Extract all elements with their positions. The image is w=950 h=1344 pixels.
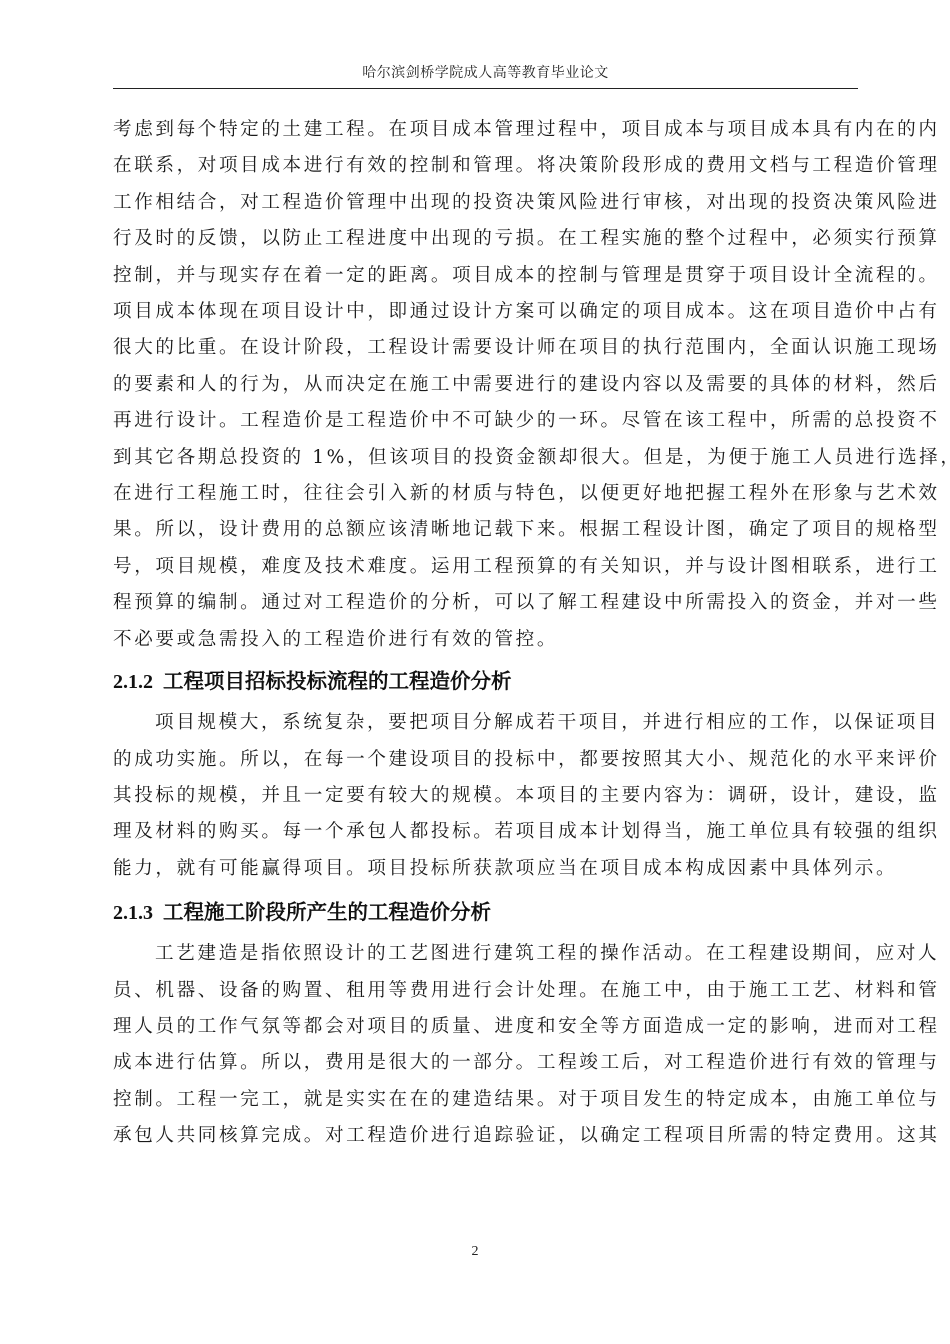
text-line: 员、机器、设备的购置、租用等费用进行会计处理。在施工中，由于施工工艺、材料和管 [113, 973, 858, 1009]
text-line: 工艺建造是指依照设计的工艺图进行建筑工程的操作活动。在工程建设期间，应对人 [113, 936, 858, 972]
text-line: 到其它各期总投资的 1%，但该项目的投资金额却很大。但是，为便于施工人员进行选择… [113, 440, 858, 476]
section-number: 2.1.3 [113, 902, 153, 924]
header-rule [113, 88, 858, 89]
text-line: 行及时的反馈，以防止工程进度中出现的亏损。在工程实施的整个过程中，必须实行预算 [113, 221, 858, 257]
paragraph-2-1-2: 项目规模大，系统复杂，要把项目分解成若干项目，并进行相应的工作，以保证项目 的成… [113, 705, 858, 887]
document-body: 考虑到每个特定的土建工程。在项目成本管理过程中，项目成本与项目成本具有内在的内 … [113, 112, 858, 1155]
text-line: 其投标的规模，并且一定要有较大的规模。本项目的主要内容为：调研，设计，建设，监 [113, 778, 858, 814]
text-line: 号，项目规模，难度及技术难度。运用工程预算的有关知识，并与设计图相联系，进行工 [113, 549, 858, 585]
text-line: 控制。工程一完工，就是实实在在的建造结果。对于项目发生的特定成本，由施工单位与 [113, 1082, 858, 1118]
section-heading-2-1-3: 2.1.3工程施工阶段所产生的工程造价分析 [113, 897, 858, 928]
paragraph-intro: 考虑到每个特定的土建工程。在项目成本管理过程中，项目成本与项目成本具有内在的内 … [113, 112, 858, 658]
text-line: 控制，并与现实存在着一定的距离。项目成本的控制与管理是贯穿于项目设计全流程的。 [113, 258, 858, 294]
text-line: 不必要或急需投入的工程造价进行有效的管控。 [113, 622, 858, 658]
text-line: 理及材料的购买。每一个承包人都投标。若项目成本计划得当，施工单位具有较强的组织 [113, 814, 858, 850]
text-line: 在联系，对项目成本进行有效的控制和管理。将决策阶段形成的费用文档与工程造价管理 [113, 148, 858, 184]
section-number: 2.1.2 [113, 671, 153, 693]
text-line: 在进行工程施工时，往往会引入新的材质与特色，以便更好地把握工程外在形象与艺术效 [113, 476, 858, 512]
text-line: 项目成本体现在项目设计中，即通过设计方案可以确定的项目成本。这在项目造价中占有 [113, 294, 858, 330]
text-line: 的要素和人的行为，从而决定在施工中需要进行的建设内容以及需要的具体的材料，然后 [113, 367, 858, 403]
text-line: 工作相结合，对工程造价管理中出现的投资决策风险进行审核，对出现的投资决策风险进 [113, 185, 858, 221]
page-number: 2 [0, 1244, 950, 1260]
text-line: 能力，就有可能赢得项目。项目投标所获款项应当在项目成本构成因素中具体列示。 [113, 851, 858, 887]
text-line: 果。所以，设计费用的总额应该清晰地记载下来。根据工程设计图，确定了项目的规格型 [113, 512, 858, 548]
text-line: 成本进行估算。所以，费用是很大的一部分。工程竣工后，对工程造价进行有效的管理与 [113, 1045, 858, 1081]
text-line: 很大的比重。在设计阶段，工程设计需要设计师在项目的执行范围内，全面认识施工现场 [113, 330, 858, 366]
text-line: 再进行设计。工程造价是工程造价中不可缺少的一环。尽管在该工程中，所需的总投资不 [113, 403, 858, 439]
text-line: 理人员的工作气氛等都会对项目的质量、进度和安全等方面造成一定的影响，进而对工程 [113, 1009, 858, 1045]
section-heading-2-1-2: 2.1.2工程项目招标投标流程的工程造价分析 [113, 666, 858, 697]
section-title: 工程施工阶段所产生的工程造价分析 [163, 900, 491, 924]
text-line: 的成功实施。所以，在每一个建设项目的投标中，都要按照其大小、规范化的水平来评价 [113, 742, 858, 778]
page-header: 哈尔滨剑桥学院成人高等教育毕业论文 [113, 62, 858, 82]
text-line: 考虑到每个特定的土建工程。在项目成本管理过程中，项目成本与项目成本具有内在的内 [113, 112, 858, 148]
text-line: 程预算的编制。通过对工程造价的分析，可以了解工程建设中所需投入的资金，并对一些 [113, 585, 858, 621]
section-title: 工程项目招标投标流程的工程造价分析 [163, 669, 512, 693]
text-line: 项目规模大，系统复杂，要把项目分解成若干项目，并进行相应的工作，以保证项目 [113, 705, 858, 741]
paragraph-2-1-3: 工艺建造是指依照设计的工艺图进行建筑工程的操作活动。在工程建设期间，应对人 员、… [113, 936, 858, 1154]
text-line: 承包人共同核算完成。对工程造价进行追踪验证，以确定工程项目所需的特定费用。这其 [113, 1118, 858, 1154]
